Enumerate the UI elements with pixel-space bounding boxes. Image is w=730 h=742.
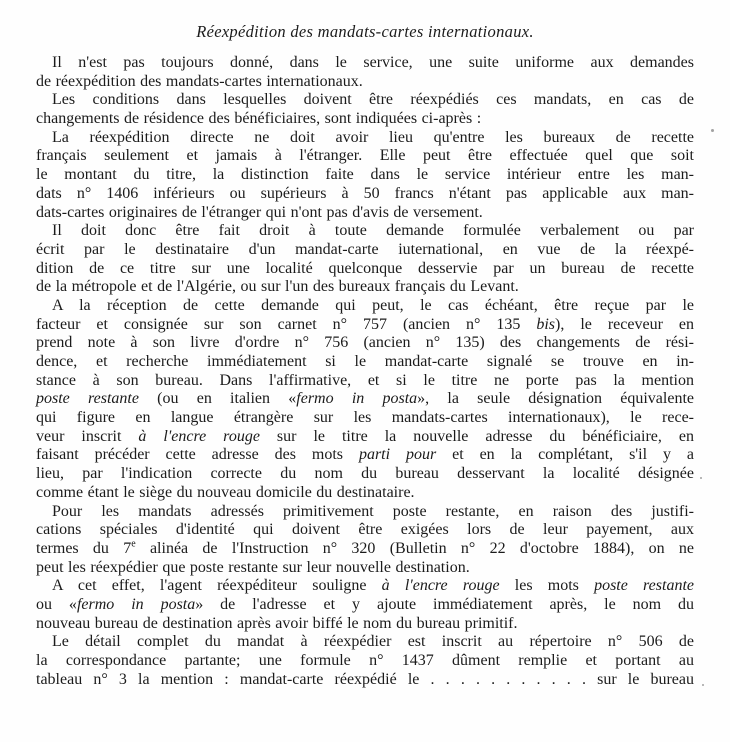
text-segment: et en la complétant, s'il y a bbox=[436, 446, 694, 463]
italic-text: poste restante bbox=[594, 577, 694, 594]
italic-text: à l'encre rouge bbox=[138, 428, 260, 445]
document-title: Réexpédition des mandats-cartes internat… bbox=[36, 22, 694, 42]
text-segment: veur inscrit bbox=[36, 428, 138, 445]
text-segment: facteur et consignée sur son carnet n° 7… bbox=[36, 316, 536, 333]
text-segment: A cet effet, l'agent réexpéditeur soulig… bbox=[52, 577, 382, 594]
text-line: dition de ce titre sur une localité quel… bbox=[36, 260, 694, 279]
text-segment: tableau n° 3 la mention : mandat-carte r… bbox=[36, 671, 431, 688]
scan-speck bbox=[702, 684, 704, 686]
text-segment: Pour les mandats adressés primitivement … bbox=[52, 503, 694, 520]
text-line: Le détail complet du mandat à réexpédier… bbox=[36, 633, 694, 652]
text-line: faisant précéder cette adresse des mots … bbox=[36, 446, 694, 465]
document-page: Réexpédition des mandats-cartes internat… bbox=[0, 0, 730, 742]
italic-text: fermo in posta bbox=[296, 390, 417, 407]
text-segment: prend note à son livre d'ordre n° 756 (a… bbox=[36, 334, 694, 351]
text-line: termes du 7e alinéa de l'Instruction n° … bbox=[36, 540, 694, 559]
text-segment: (ou en italien « bbox=[139, 390, 296, 407]
text-segment: faisant précéder cette adresse des mots bbox=[36, 446, 359, 463]
text-segment: le montant du titre, la distinction fait… bbox=[36, 166, 694, 183]
text-segment: termes du 7 bbox=[36, 540, 131, 557]
text-line: stance à son bureau. Dans l'affirmative,… bbox=[36, 372, 694, 391]
text-segment: de la métropole et de l'Algérie, ou sur … bbox=[36, 278, 519, 295]
text-segment: changements de résidence des bénéficiair… bbox=[36, 110, 481, 127]
text-segment: dition de ce titre sur une localité quel… bbox=[36, 260, 694, 277]
italic-text: bis bbox=[536, 316, 555, 333]
text-line: Pour les mandats adressés primitivement … bbox=[36, 503, 694, 522]
text-line: A la réception de cette demande qui peut… bbox=[36, 297, 694, 316]
text-body: Il n'est pas toujours donné, dans le ser… bbox=[36, 54, 694, 689]
text-line: français seulement et jamais à l'étrange… bbox=[36, 147, 694, 166]
text-line: comme étant le siège du nouveau domicile… bbox=[36, 484, 694, 503]
text-segment: peut les réexpédier que poste restante s… bbox=[36, 559, 470, 576]
text-line: Les conditions dans lesquelles doivent ê… bbox=[36, 91, 694, 110]
text-segment: A la réception de cette demande qui peut… bbox=[52, 297, 694, 314]
text-segment: », la seule désignation équivalente bbox=[417, 390, 694, 407]
text-segment: la correspondance partante; une formule … bbox=[36, 652, 694, 669]
text-segment: comme étant le siège du nouveau domicile… bbox=[36, 484, 415, 501]
text-segment: sur le bureau bbox=[586, 671, 694, 688]
text-segment: stance à son bureau. Dans l'affirmative,… bbox=[36, 372, 694, 389]
text-line: la correspondance partante; une formule … bbox=[36, 652, 694, 671]
text-line: Il doit donc être fait droit à toute dem… bbox=[36, 222, 694, 241]
text-segment: qui figure en langue étrangère sur les m… bbox=[36, 409, 694, 426]
italic-text: poste restante bbox=[36, 390, 139, 407]
text-segment: Le détail complet du mandat à réexpédier… bbox=[52, 633, 694, 650]
text-segment: ), le receveur en bbox=[555, 316, 694, 333]
text-segment: lieu, par l'indication correcte du nom d… bbox=[36, 465, 694, 482]
text-line: le montant du titre, la distinction fait… bbox=[36, 166, 694, 185]
text-segment: cations spéciales d'identité qui doivent… bbox=[36, 521, 694, 538]
text-line: veur inscrit à l'encre rouge sur le titr… bbox=[36, 428, 694, 447]
text-segment: français seulement et jamais à l'étrange… bbox=[36, 147, 694, 164]
text-line: tableau n° 3 la mention : mandat-carte r… bbox=[36, 671, 694, 690]
italic-text: à l'encre rouge bbox=[382, 577, 500, 594]
text-line: peut les réexpédier que poste restante s… bbox=[36, 559, 694, 578]
text-segment: ou « bbox=[36, 596, 77, 613]
text-segment: nouveau bureau de destination après avoi… bbox=[36, 615, 518, 632]
text-segment: Il doit donc être fait droit à toute dem… bbox=[52, 222, 694, 239]
text-line: lieu, par l'indication correcte du nom d… bbox=[36, 465, 694, 484]
text-line: dats-cartes originaires de l'étranger qu… bbox=[36, 204, 694, 223]
text-segment: écrit par le destinataire d'un mandat-ca… bbox=[36, 241, 694, 258]
text-line: Il n'est pas toujours donné, dans le ser… bbox=[36, 54, 694, 73]
text-line: ou «fermo in posta» de l'adresse et y aj… bbox=[36, 596, 694, 615]
text-line: facteur et consignée sur son carnet n° 7… bbox=[36, 316, 694, 335]
text-line: changements de résidence des bénéficiair… bbox=[36, 110, 694, 129]
text-line: qui figure en langue étrangère sur les m… bbox=[36, 409, 694, 428]
text-segment: Les conditions dans lesquelles doivent ê… bbox=[52, 91, 694, 108]
text-line: nouveau bureau de destination après avoi… bbox=[36, 615, 694, 634]
scan-speck bbox=[711, 129, 714, 132]
text-segment: La réexpédition directe ne doit avoir li… bbox=[52, 129, 694, 146]
text-line: dats n° 1406 inférieurs ou supérieurs à … bbox=[36, 185, 694, 204]
text-line: écrit par le destinataire d'un mandat-ca… bbox=[36, 241, 694, 260]
italic-text: fermo in posta bbox=[77, 596, 195, 613]
text-segment: » de l'adresse et y ajoute immédiatement… bbox=[195, 596, 694, 613]
text-segment: les mots bbox=[500, 577, 594, 594]
text-segment: dats n° 1406 inférieurs ou supérieurs à … bbox=[36, 185, 694, 202]
text-line: cations spéciales d'identité qui doivent… bbox=[36, 521, 694, 540]
text-segment: dence, et recherche immédiatement si le … bbox=[36, 353, 694, 370]
text-segment: sur le titre la nouvelle adresse du béné… bbox=[260, 428, 694, 445]
text-line: de la métropole et de l'Algérie, ou sur … bbox=[36, 278, 694, 297]
text-line: prend note à son livre d'ordre n° 756 (a… bbox=[36, 334, 694, 353]
text-segment: dats-cartes originaires de l'étranger qu… bbox=[36, 204, 483, 221]
text-segment: Il n'est pas toujours donné, dans le ser… bbox=[52, 54, 694, 71]
text-line: poste restante (ou en italien «fermo in … bbox=[36, 390, 694, 409]
text-line: dence, et recherche immédiatement si le … bbox=[36, 353, 694, 372]
text-line: de réexpédition des mandats-cartes inter… bbox=[36, 73, 694, 92]
text-segment: . . . . . . . . . . . bbox=[431, 671, 586, 688]
text-line: A cet effet, l'agent réexpéditeur soulig… bbox=[36, 577, 694, 596]
italic-text: parti pour bbox=[359, 446, 436, 463]
text-segment: de réexpédition des mandats-cartes inter… bbox=[36, 73, 363, 90]
text-segment: alinéa de l'Instruction n° 320 (Bulletin… bbox=[136, 540, 694, 557]
text-line: La réexpédition directe ne doit avoir li… bbox=[36, 129, 694, 148]
scan-speck bbox=[700, 477, 702, 479]
